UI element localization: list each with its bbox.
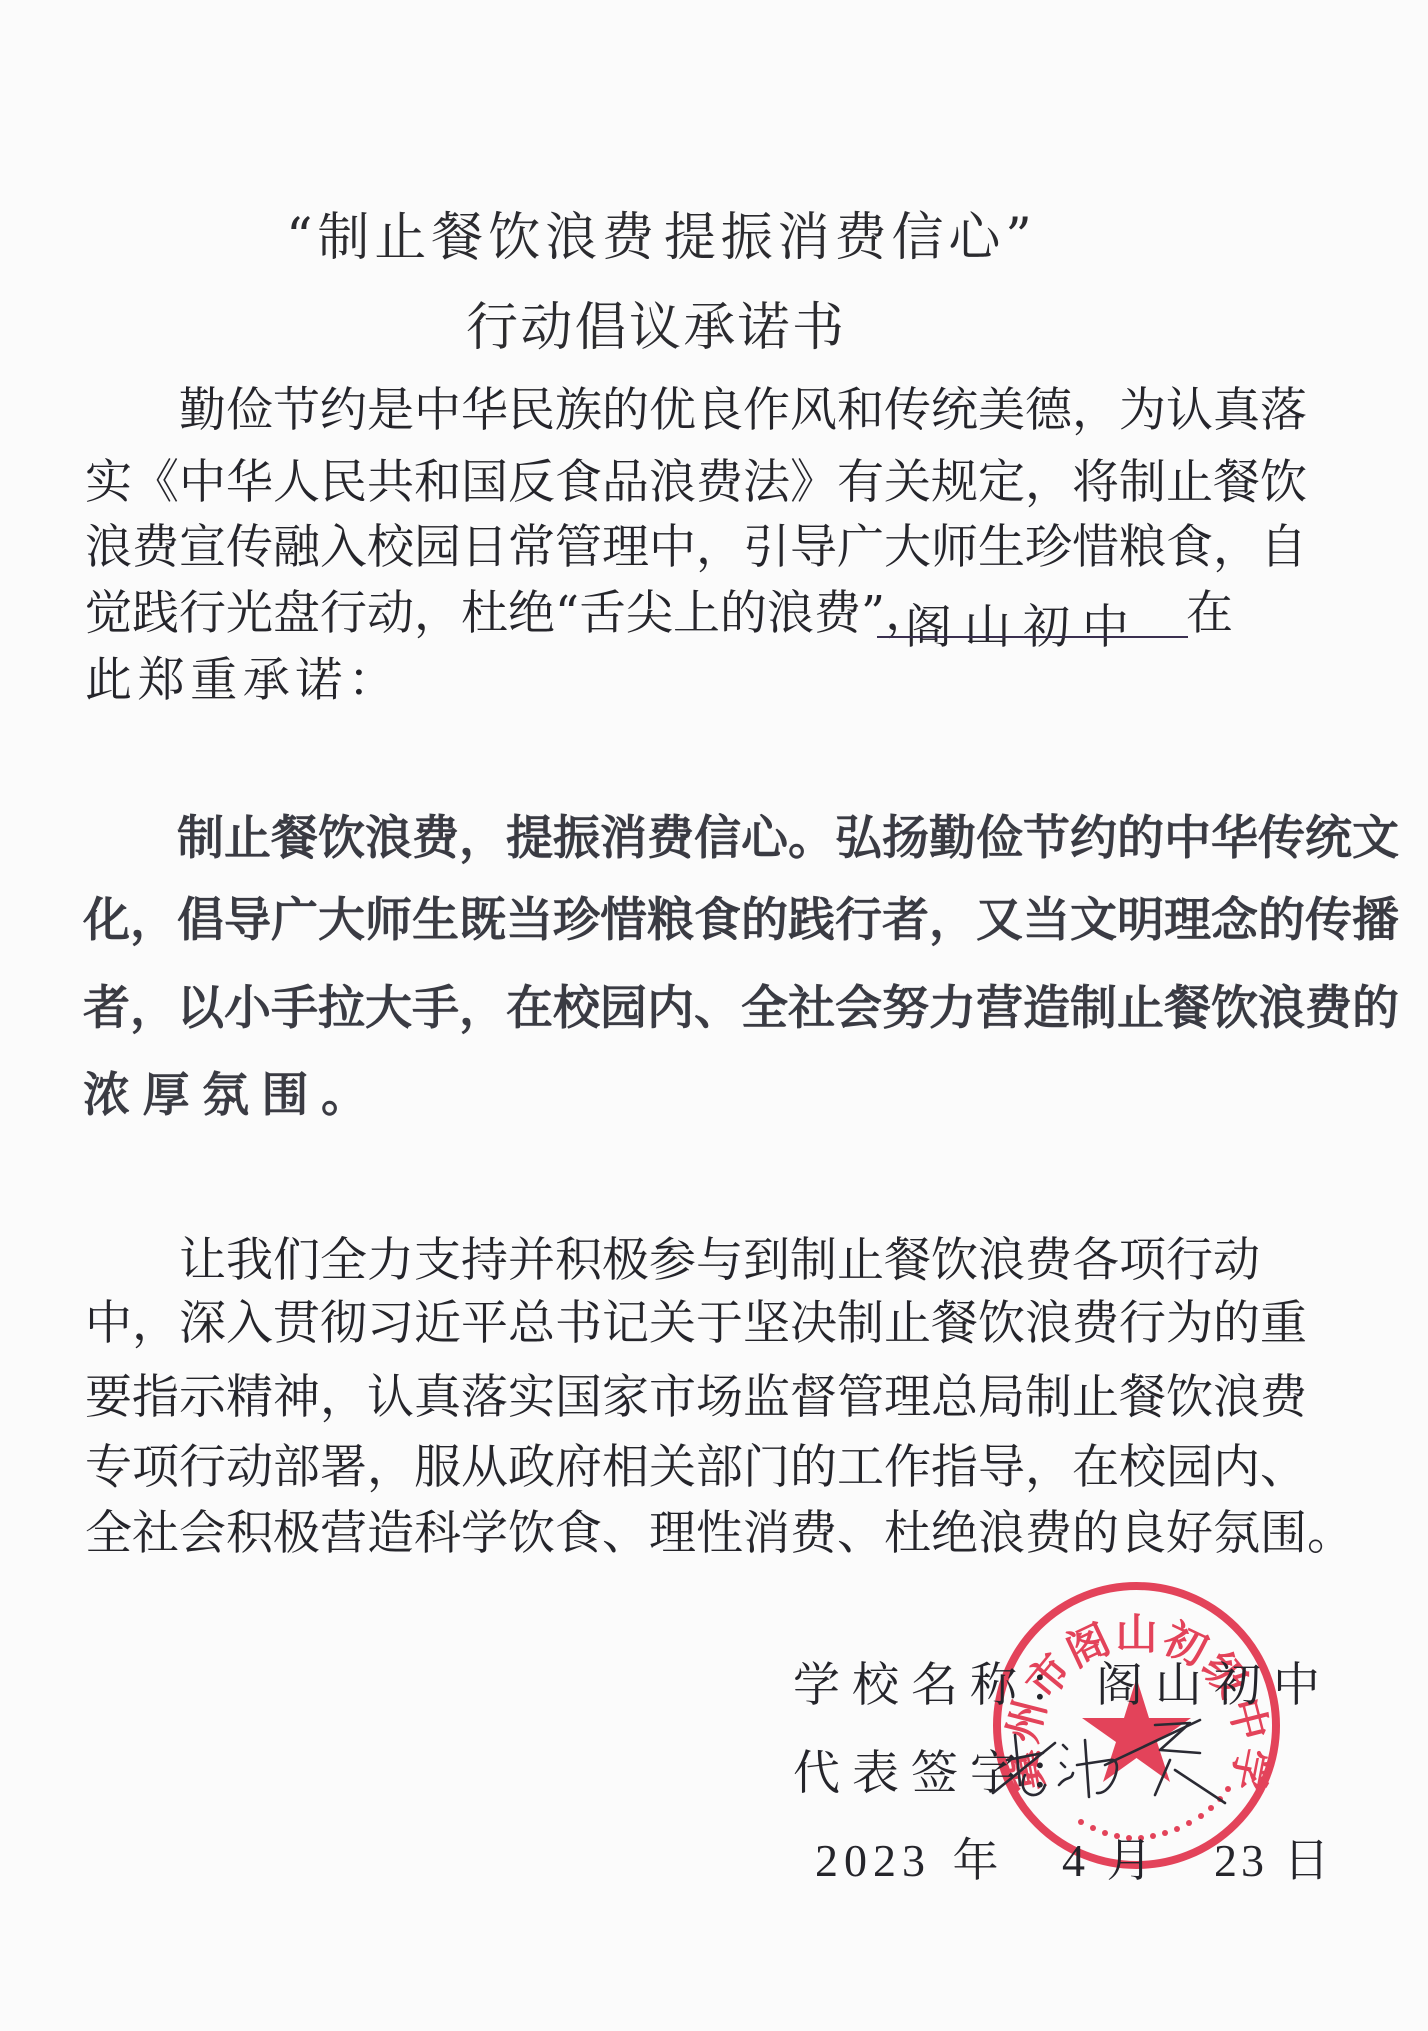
date-row: 2023 年 4 月 23 日	[815, 1824, 1330, 1890]
blank-underline	[877, 636, 1188, 638]
paragraph1-line: 浪费宣传融入校园日常管理中，引导广大师生珍惜粮食，自	[85, 524, 1233, 571]
title-line-2: 行动倡议承诺书	[466, 302, 844, 354]
paragraph3-line: 让我们全力支持并积极参与到制止餐饮浪费各项行动	[85, 1237, 1233, 1284]
school-name-label: 学校名称：	[793, 1648, 1088, 1715]
paragraph2-line: 制止餐饮浪费，提振消费信心。弘扬勤俭节约的中华传统文	[83, 815, 1233, 862]
paragraph2-line: 浓厚氛围。	[83, 1072, 368, 1119]
school-name-value: 阁山初中	[1096, 1648, 1332, 1715]
paragraph2-line: 者，以小手拉大手，在校园内、全社会努力营造制止餐饮浪费的	[83, 985, 1233, 1032]
paragraph1-line: 勤俭节约是中华民族的优良作风和传统美德，为认真落	[85, 387, 1233, 434]
paragraph3-line: 专项行动部署，服从政府相关部门的工作指导，在校园内、	[85, 1444, 1205, 1491]
paragraph1-line: 实《中华人民共和国反食品浪费法》有关规定，将制止餐饮	[85, 459, 1233, 506]
date-day: 23	[1214, 1834, 1268, 1887]
paragraph2-line: 化，倡导广大师生既当珍惜粮食的践行者，又当文明理念的传播	[83, 897, 1233, 944]
school-name-row: 学校名称： 阁山初中	[793, 1648, 1332, 1715]
date-year: 2023	[815, 1834, 931, 1887]
paragraph1-line: 觉践行光盘行动，杜绝“舌尖上的浪费”，	[85, 590, 855, 637]
date-day-unit: 日	[1284, 1824, 1330, 1890]
paragraph3-line: 要指示精神，认真落实国家市场监督管理总局制止餐饮浪费	[85, 1374, 1233, 1421]
paragraph1-after-blank: 在	[1186, 590, 1233, 637]
document-page: “制止餐饮浪费 提振消费信心” 行动倡议承诺书 勤俭节约是中华民族的优良作风和传…	[0, 0, 1428, 2031]
paragraph3-line: 中，深入贯彻习近平总书记关于坚决制止餐饮浪费行为的重	[85, 1300, 1233, 1347]
date-year-unit: 年	[953, 1824, 999, 1890]
paragraph3-line: 全社会积极营造科学饮食、理性消费、杜绝浪费的良好氛围。	[85, 1510, 1233, 1557]
school-name-filled-blank: 阁山初中	[905, 590, 1129, 657]
handwritten-signature	[985, 1715, 1245, 1805]
title-line-1: “制止餐饮浪费 提振消费信心”	[286, 212, 1032, 264]
paragraph1-line: 此郑重承诺：	[85, 657, 395, 704]
date-month-unit: 月	[1107, 1824, 1153, 1890]
date-month: 4	[1062, 1834, 1085, 1887]
